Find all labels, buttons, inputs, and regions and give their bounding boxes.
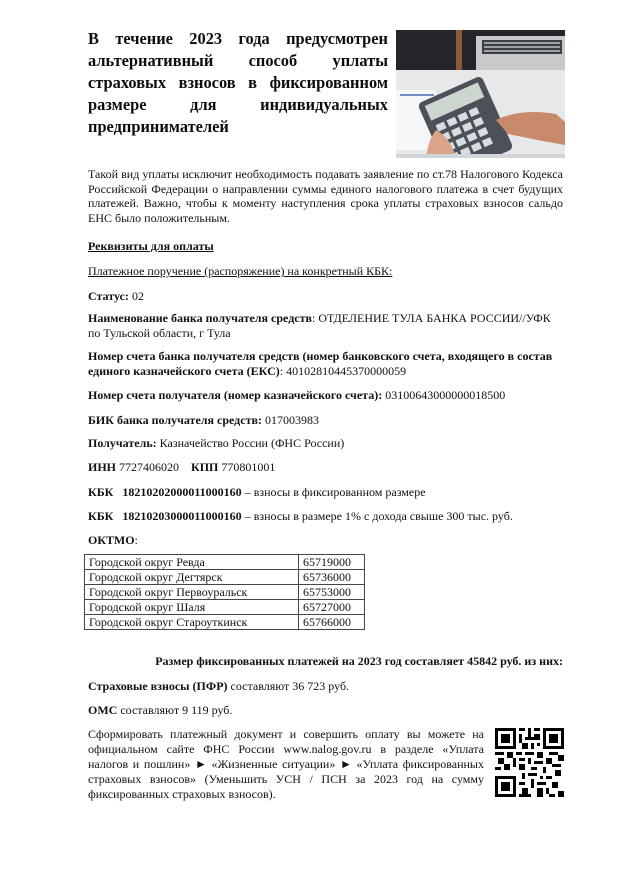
title-line: альтернативный способ уплаты (88, 50, 388, 72)
pfr-field: Страховые взносы (ПФР) составляют 36 723… (88, 679, 563, 694)
eks-field: Номер счета банка получателя средств (но… (88, 349, 563, 378)
inn-kpp-field: ИНН 7727406020 КПП 770801001 (88, 460, 563, 475)
payments-summary: Размер фиксированных платежей на 2023 го… (88, 654, 563, 669)
table-row: Городской округ Староуткинск 65766000 (85, 615, 365, 630)
district-name: Городской округ Шаля (85, 600, 299, 615)
oms-field: ОМС составляют 9 119 руб. (88, 703, 563, 718)
kbk-label: КБК (88, 509, 113, 523)
oktmo-heading: ОКТМО: (88, 533, 563, 548)
kbk-code: 18210203000011000160 (122, 509, 241, 523)
kbk-field: КБК 18210202000011000160 – взносы в фикс… (88, 485, 563, 500)
oktmo-code: 65719000 (299, 555, 365, 570)
calculator-photo (396, 30, 565, 158)
kbk-label: КБК (88, 485, 113, 499)
recipient-field: Получатель: Казначейство России (ФНС Рос… (88, 436, 563, 451)
kbk-description: – взносы в размере 1% с дохода свыше 300… (242, 509, 513, 523)
recipient-label: Получатель: (88, 436, 157, 450)
oktmo-heading-text: ОКТМО (88, 533, 135, 547)
bik-value: 017003983 (262, 413, 319, 427)
treasury-account-label: Номер счета получателя (номер казначейск… (88, 388, 382, 402)
payment-instructions: Сформировать платежный документ и соверш… (88, 727, 484, 802)
status-value: 02 (129, 289, 144, 303)
pfr-label: Страховые взносы (ПФР) (88, 679, 228, 693)
payment-order-subheading-text: Платежное поручение (распоряжение) на ко… (88, 264, 392, 278)
recipient-value: Казначейство России (ФНС России) (157, 436, 345, 450)
kpp-label: КПП (191, 460, 218, 474)
title-line: размере для индивидуальных (88, 94, 388, 116)
kbk-field: КБК 18210203000011000160 – взносы в разм… (88, 509, 563, 524)
district-name: Городской округ Ревда (85, 555, 299, 570)
oktmo-code: 65753000 (299, 585, 365, 600)
title-line: предпринимателей (88, 116, 388, 138)
oktmo-code: 65727000 (299, 600, 365, 615)
table-row: Городской округ Шаля 65727000 (85, 600, 365, 615)
kbk-code: 18210202000011000160 (122, 485, 241, 499)
table-row: Городской округ Дегтярск 65736000 (85, 570, 365, 585)
oktmo-colon: : (135, 533, 138, 547)
oms-value: составляют 9 119 руб. (117, 703, 232, 717)
bank-name-label: Наименование банка получателя средств (88, 311, 312, 325)
payment-order-subheading: Платежное поручение (распоряжение) на ко… (88, 264, 563, 279)
nalog-link[interactable]: www.nalog.gov.ru (283, 742, 371, 756)
oktmo-table: Городской округ Ревда 65719000 Городской… (84, 554, 365, 630)
oms-label: ОМС (88, 703, 117, 717)
treasury-account-value: 03100643000000018500 (382, 388, 505, 402)
status-label: Статус: (88, 289, 129, 303)
qr-code[interactable] (495, 728, 564, 797)
requisites-heading: Реквизиты для оплаты (88, 239, 563, 254)
calculator-image-icon (396, 30, 565, 158)
eks-value: : 40102810445370000059 (280, 364, 406, 378)
requisites-heading-text: Реквизиты для оплаты (88, 239, 214, 253)
oktmo-code: 65766000 (299, 615, 365, 630)
inn-label: ИНН (88, 460, 116, 474)
district-name: Городской округ Староуткинск (85, 615, 299, 630)
district-name: Городской округ Первоуральск (85, 585, 299, 600)
table-row: Городской округ Ревда 65719000 (85, 555, 365, 570)
bik-label: БИК банка получателя средств: (88, 413, 262, 427)
title-line: В течение 2023 года предусмотрен (88, 28, 388, 50)
bik-field: БИК банка получателя средств: 017003983 (88, 413, 563, 428)
kbk-description: – взносы в фиксированном размере (242, 485, 426, 499)
bank-name-field: Наименование банка получателя средств: О… (88, 311, 563, 340)
status-field: Статус: 02 (88, 289, 563, 304)
qr-code-icon (495, 728, 564, 797)
kpp-value: 770801001 (218, 460, 275, 474)
page-title: В течение 2023 года предусмотрен альтерн… (88, 28, 388, 138)
title-line: страховых взносов в фиксированном (88, 72, 388, 94)
oktmo-code: 65736000 (299, 570, 365, 585)
treasury-account-field: Номер счета получателя (номер казначейск… (88, 388, 563, 403)
inn-value: 7727406020 (116, 460, 179, 474)
intro-paragraph: Такой вид уплаты исключит необходимость … (88, 167, 563, 225)
pfr-value: составляют 36 723 руб. (228, 679, 350, 693)
table-row: Городской округ Первоуральск 65753000 (85, 585, 365, 600)
district-name: Городской округ Дегтярск (85, 570, 299, 585)
